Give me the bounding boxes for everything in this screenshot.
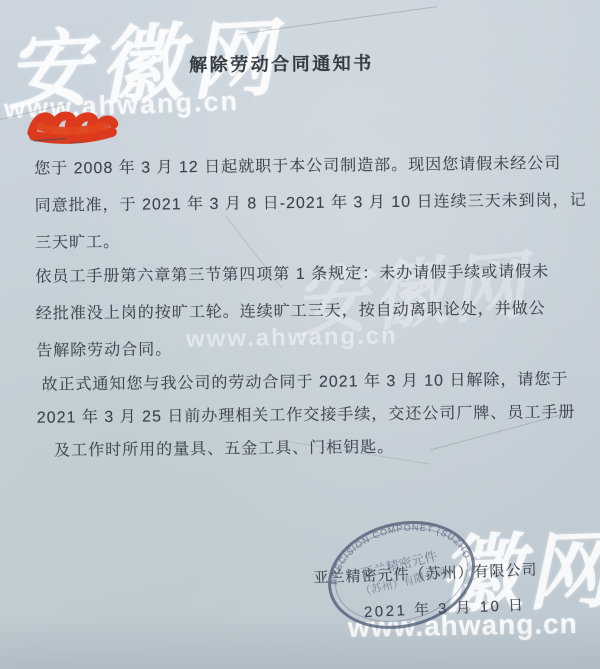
body-line: 经批准没上岗的按旷工轮。连续旷工三天，按自动离职论处，并做公 <box>36 290 566 333</box>
body-line: 及工作时所用的量具、五金工具、门柜钥匙。 <box>37 429 567 468</box>
body-line: 您于 2008 年 3 月 12 日起就职于本公司制造部。现因您请假未经公司 <box>34 145 564 188</box>
paragraph-termination-notice: 故正式通知您与我公司的劳动合同于 2021 年 3 月 10 日解除，请您于 2… <box>36 363 567 468</box>
photographed-document: 安徽网 www.ahwang.cn 安徽网 www.ahwang.cn 徽网 w… <box>0 0 600 669</box>
body-line: 依员工手册第六章第三节第四项第 1 条规定：未办请假手续或请假未 <box>35 253 565 296</box>
paragraph-handbook-rule: 依员工手册第六章第三节第四项第 1 条规定：未办请假手续或请假未 经批准没上岗的… <box>35 253 566 370</box>
document-title: 解除劳动合同通知书 <box>189 49 374 77</box>
paragraph-employment-and-absence: 您于 2008 年 3 月 12 日起就职于本公司制造部。现因您请假未经公司 同… <box>34 145 565 262</box>
body-line: 同意批准，于 2021 年 3 月 8 日-2021 年 3 月 10 日连续三… <box>34 182 564 225</box>
body-line: 故正式通知您与我公司的劳动合同于 2021 年 3 月 10 日解除，请您于 <box>36 363 566 402</box>
body-line: 2021 年 3 月 25 日前办理相关工作交接手续，交还公司厂牌、员工手册 <box>37 396 567 435</box>
